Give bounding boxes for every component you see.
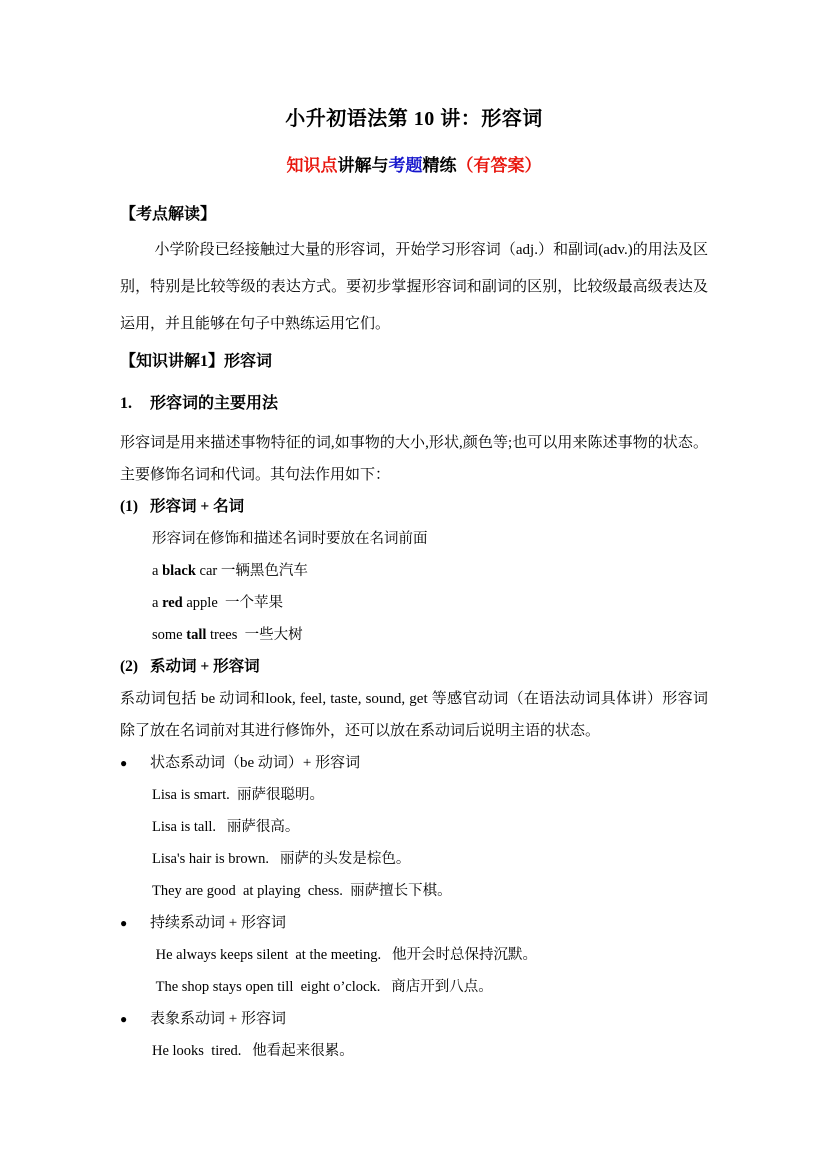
bullet-icon: ● xyxy=(120,747,150,779)
example-bold-word: black xyxy=(162,563,196,579)
point2-rule-paragraph: 系动词包括 be 动词和look, feel, taste, sound, ge… xyxy=(120,683,708,747)
bullet-title: 状态系动词（be 动词）+ 形容词 xyxy=(150,747,360,779)
bullet-title: 持续系动词 + 形容词 xyxy=(150,907,286,939)
example-text: car 一辆黑色汽车 xyxy=(196,563,308,579)
example-line: Lisa is tall. 丽萨很高。 xyxy=(120,811,708,843)
subtitle-segment-knowledge: 知识点 xyxy=(287,156,338,175)
point2-title: 系动词 + 形容词 xyxy=(150,651,260,683)
example-text: a xyxy=(152,595,162,611)
example-bold-word: tall xyxy=(186,627,206,643)
point1-heading: (1) 形容词 + 名词 xyxy=(120,491,708,523)
example-line: He looks tired. 他看起来很累。 xyxy=(120,1035,708,1067)
exam-analysis-paragraph: 小学阶段已经接触过大量的形容词，开始学习形容词（adj.）和副词(adv.)的用… xyxy=(120,232,708,343)
example-text: a xyxy=(152,563,162,579)
document-content: 小升初语法第 10 讲：形容词 知识点讲解与考题精练（有答案） 【考点解读】 小… xyxy=(0,0,827,1067)
subsection-number: 1. xyxy=(120,387,150,420)
subtitle-segment-practice: 精练 xyxy=(423,156,457,175)
point2-heading: (2) 系动词 + 形容词 xyxy=(120,651,708,683)
example-text: apple 一个苹果 xyxy=(183,595,283,611)
example-text: some xyxy=(152,627,186,643)
example-line: Lisa is smart. 丽萨很聪明。 xyxy=(120,779,708,811)
point1-rule: 形容词在修饰和描述名词时要放在名词前面 xyxy=(120,523,708,555)
bullet-item-continuous-verbs: ● 持续系动词 + 形容词 xyxy=(120,907,708,939)
point1-title: 形容词 + 名词 xyxy=(150,491,244,523)
example-bold-word: red xyxy=(162,595,183,611)
example-text: trees 一些大树 xyxy=(206,627,302,643)
example-line: some tall trees 一些大树 xyxy=(120,619,708,651)
section-heading-exam-analysis: 【考点解读】 xyxy=(120,202,708,228)
example-line: They are good at playing chess. 丽萨擅长下棋。 xyxy=(120,875,708,907)
page-subtitle: 知识点讲解与考题精练（有答案） xyxy=(120,152,708,180)
example-line: a red apple 一个苹果 xyxy=(120,587,708,619)
subtitle-segment-exam: 考题 xyxy=(389,156,423,175)
bullet-item-appearance-verbs: ● 表象系动词 + 形容词 xyxy=(120,1003,708,1035)
bullet-title: 表象系动词 + 形容词 xyxy=(150,1003,286,1035)
subtitle-segment-explain: 讲解与 xyxy=(338,156,389,175)
subsection-heading-usage: 1. 形容词的主要用法 xyxy=(120,387,708,420)
bullet-item-state-verbs: ● 状态系动词（be 动词）+ 形容词 xyxy=(120,747,708,779)
section-heading-knowledge1: 【知识讲解1】形容词 xyxy=(120,345,708,378)
subsection-title: 形容词的主要用法 xyxy=(150,387,278,420)
subtitle-segment-answers: （有答案） xyxy=(457,156,542,175)
bullet-icon: ● xyxy=(120,1003,150,1035)
bullet-icon: ● xyxy=(120,907,150,939)
example-line: The shop stays open till eight o’clock. … xyxy=(120,971,708,1003)
page-title: 小升初语法第 10 讲：形容词 xyxy=(120,104,708,134)
example-line: Lisa's hair is brown. 丽萨的头发是棕色。 xyxy=(120,843,708,875)
point1-label: (1) xyxy=(120,491,150,523)
example-line: He always keeps silent at the meeting. 他… xyxy=(120,939,708,971)
document-page: 小升初语法第 10 讲：形容词 知识点讲解与考题精练（有答案） 【考点解读】 小… xyxy=(0,0,827,1169)
usage-intro-paragraph: 形容词是用来描述事物特征的词,如事物的大小,形状,颜色等;也可以用来陈述事物的状… xyxy=(120,427,708,491)
point2-label: (2) xyxy=(120,651,150,683)
example-line: a black car 一辆黑色汽车 xyxy=(120,555,708,587)
